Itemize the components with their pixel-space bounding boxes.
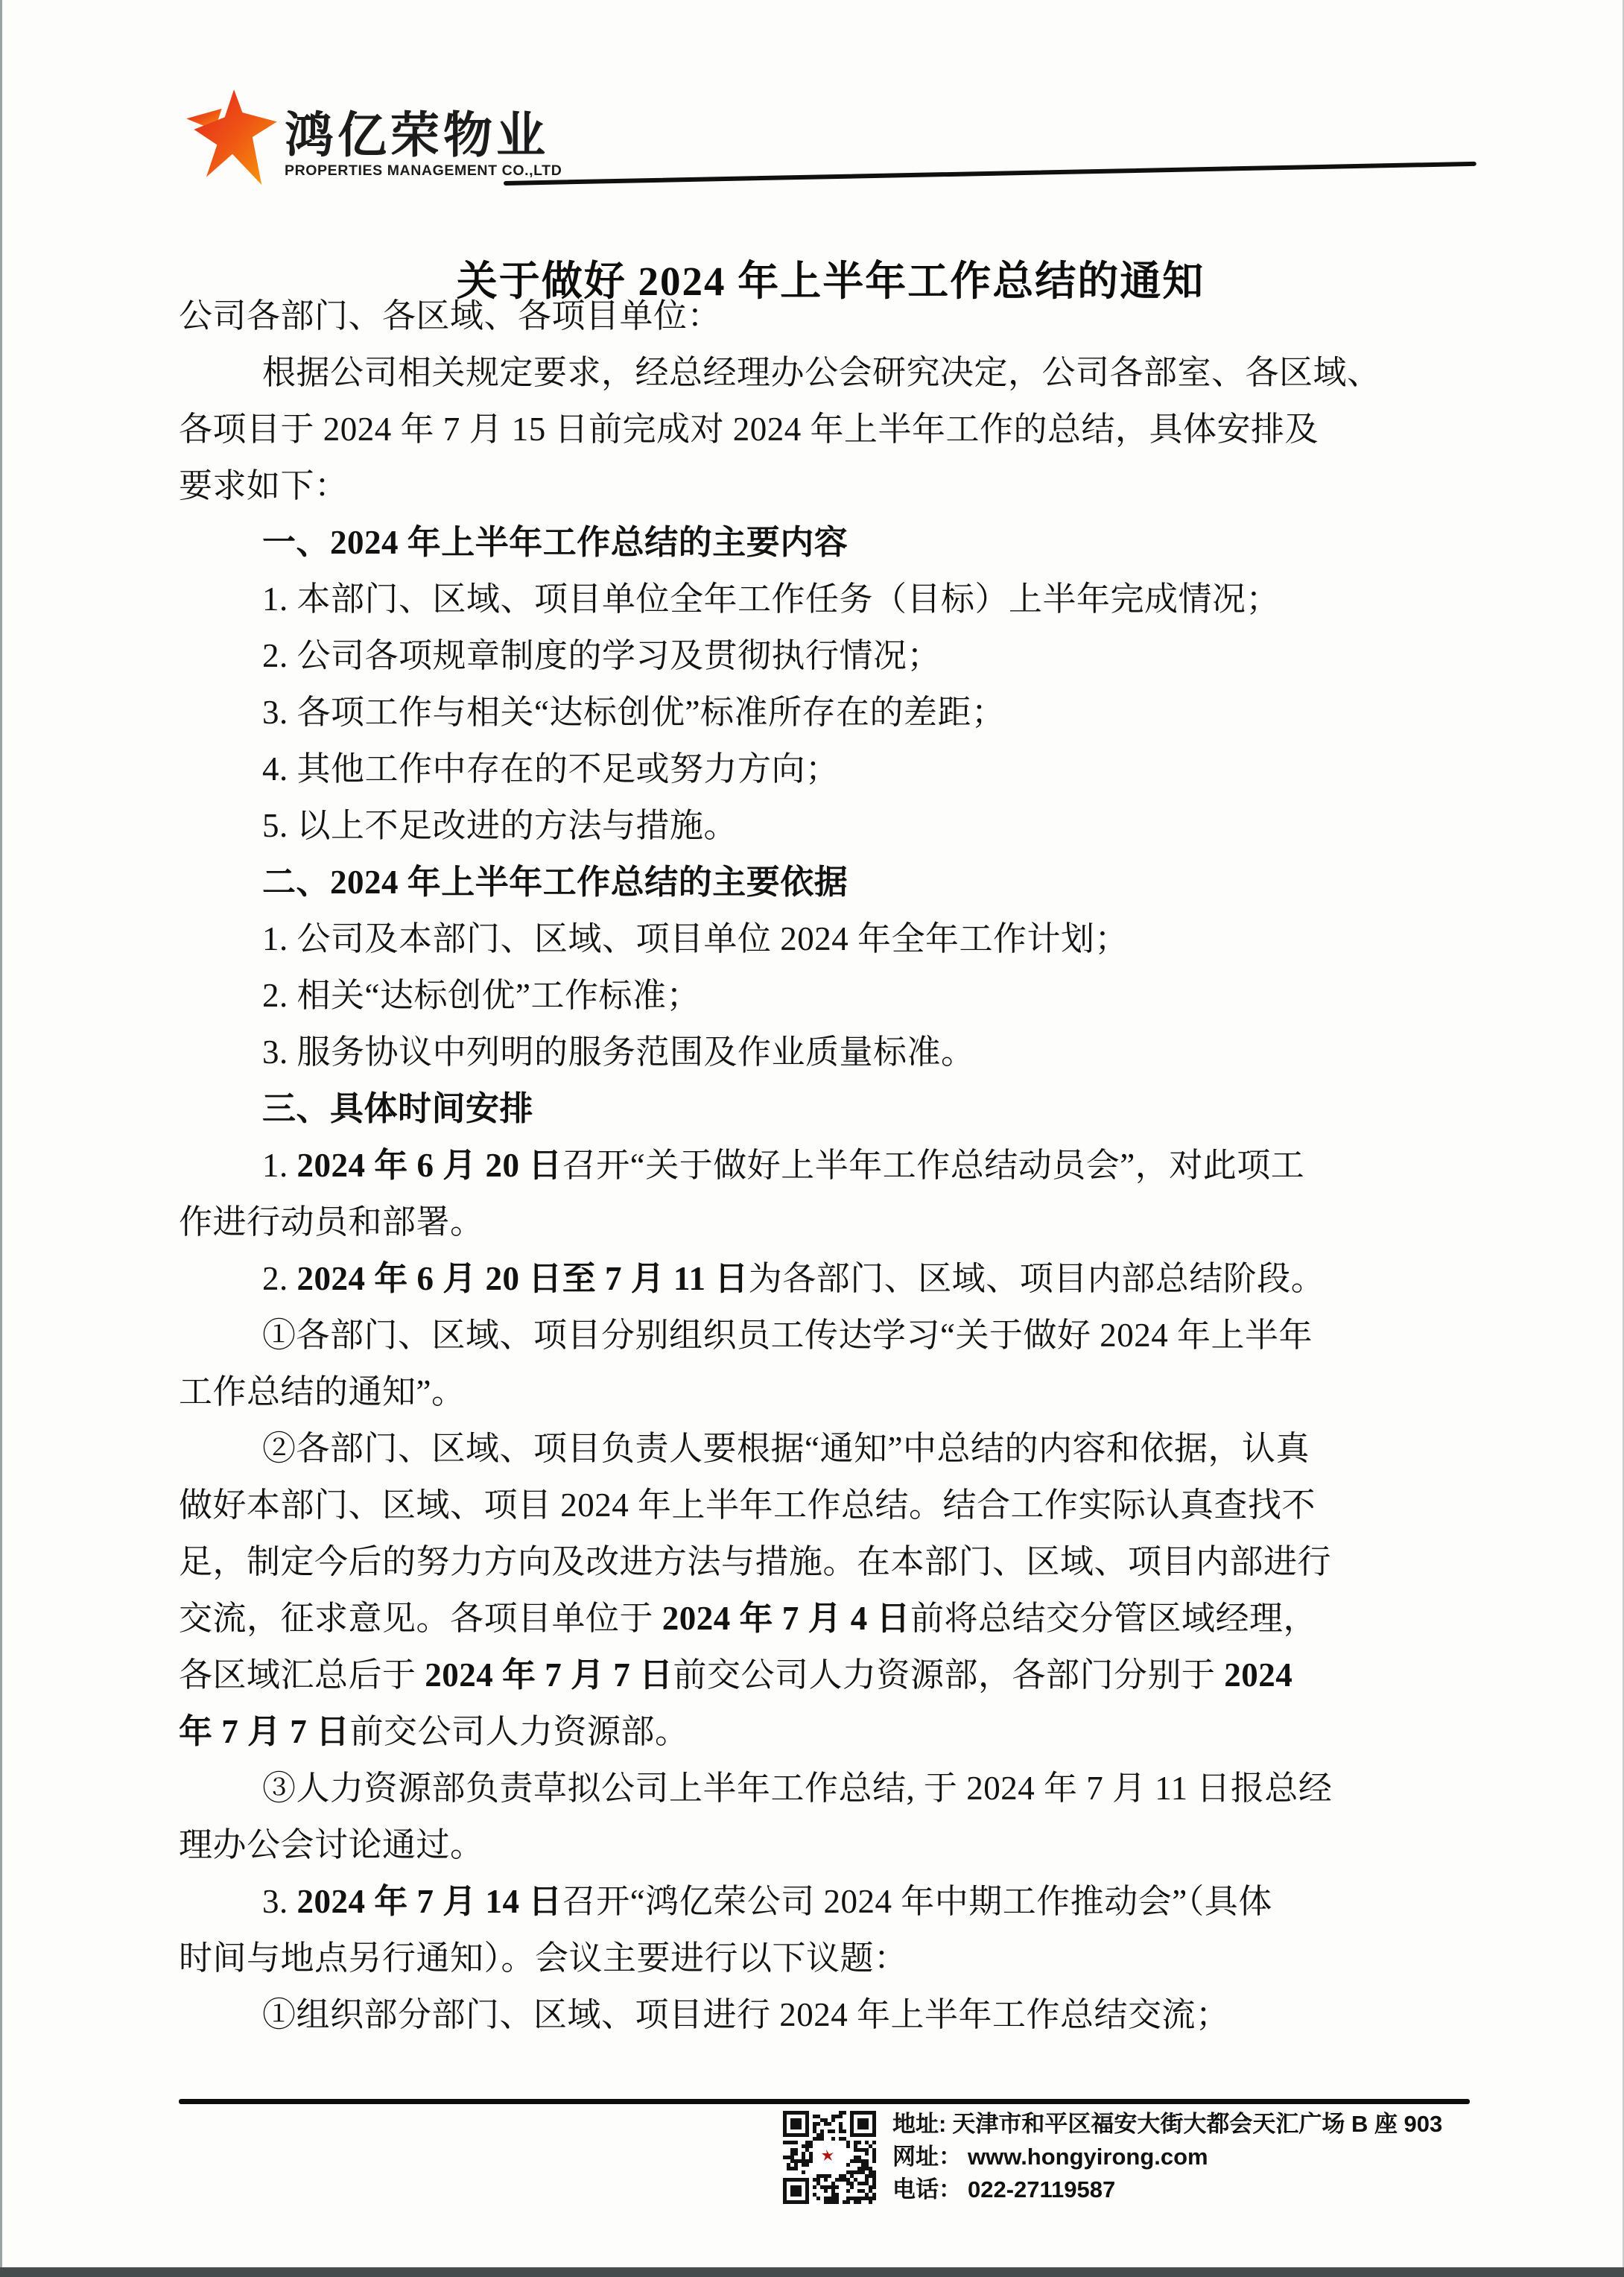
line-segment: 前交公司人力资源部。 [350, 1713, 689, 1750]
body-line: 3. 服务协议中列明的服务范围及作业质量标准。 [179, 1024, 1490, 1080]
line-segment: 公司各部门、各区域、各项目单位： [179, 297, 721, 335]
scan-edge-left [0, 0, 2, 2277]
body-line: 3. 2024 年 7 月 14 日召开“鸿亿荣公司 2024 年中期工作推动会… [179, 1873, 1490, 1930]
body-line: 做好本部门、区域、项目 2024 年上半年工作总结。结合工作实际认真查找不 [179, 1477, 1490, 1533]
line-segment: 2024 年 7 月 14 日 [297, 1883, 562, 1920]
line-segment: 二、2024 年上半年工作总结的主要依据 [262, 864, 848, 901]
company-name-block: 鸿亿荣物业 PROPERTIES MANAGEMENT CO.,LTD [285, 88, 562, 179]
contact-rows: 地址:天津市和平区福安大街大都会天汇广场 B 座 903网址：www.hongy… [892, 2108, 1442, 2206]
body-line: 2. 公司各项规章制度的学习及贯彻执行情况； [179, 627, 1490, 684]
document-body: 公司各部门、各区域、各项目单位：根据公司相关规定要求，经总经理办公会研究决定，公… [179, 288, 1490, 2043]
line-segment: 3. 各项工作与相关“达标创优”标准所存在的差距； [262, 694, 1005, 731]
body-line: ②各部门、区域、项目负责人要根据“通知”中总结的内容和依据，认真 [179, 1420, 1490, 1477]
body-line: 2. 相关“达标创优”工作标准； [179, 967, 1490, 1024]
star-logo-icon [186, 88, 279, 186]
footer-rule [179, 2099, 1470, 2104]
line-segment: 作进行动员和部署。 [179, 1203, 484, 1241]
contact-label: 地址: [892, 2111, 946, 2137]
line-segment: 各区域汇总后于 [179, 1656, 425, 1694]
contact-value: www.hongyirong.com [968, 2144, 1208, 2170]
body-line: 足，制定今后的努力方向及改进方法与措施。在本部门、区域、项目内部进行 [179, 1533, 1490, 1590]
line-segment: 1. 本部门、区域、项目单位全年工作任务（目标）上半年完成情况； [262, 580, 1280, 618]
line-segment: 召开“关于做好上半年工作总结动员会”，对此项工 [562, 1147, 1304, 1184]
line-segment: 时间与地点另行通知）。会议主要进行以下议题： [179, 1939, 908, 1977]
body-line: 1. 2024 年 6 月 20 日召开“关于做好上半年工作总结动员会”，对此项… [179, 1137, 1490, 1194]
line-segment: 3. 服务协议中列明的服务范围及作业质量标准。 [262, 1033, 975, 1071]
contact-label: 网址： [892, 2144, 962, 2170]
line-segment: 前将总结交分管区域经理， [910, 1600, 1317, 1637]
body-line: 根据公司相关规定要求，经总经理办公会研究决定，公司各部室、各区域、 [179, 344, 1490, 401]
contact-label: 电话： [892, 2176, 962, 2202]
line-segment: 3. [262, 1883, 297, 1920]
line-segment: ③人力资源部负责草拟公司上半年工作总结, 于 2024 年 7 月 11 日报总… [262, 1770, 1332, 1807]
line-segment: ①组织部分部门、区域、项目进行 2024 年上半年工作总结交流； [262, 1996, 1230, 2033]
body-line: 3. 各项工作与相关“达标创优”标准所存在的差距； [179, 684, 1490, 741]
line-segment: 1. [262, 1147, 297, 1184]
body-line: 1. 公司及本部门、区域、项目单位 2024 年全年工作计划； [179, 911, 1490, 967]
line-segment: 为各部门、区域、项目内部总结阶段。 [749, 1260, 1325, 1297]
contact-value: 天津市和平区福安大街大都会天汇广场 B 座 903 [952, 2111, 1442, 2137]
body-line: 要求如下： [179, 457, 1490, 514]
scan-edge-bottom [0, 2267, 1624, 2277]
body-line: 年 7 月 7 日前交公司人力资源部。 [179, 1703, 1490, 1760]
line-segment: 1. 公司及本部门、区域、项目单位 2024 年全年工作计划； [262, 920, 1129, 957]
body-line: 理办公会讨论通过。 [179, 1817, 1490, 1873]
line-segment: 要求如下： [179, 467, 349, 504]
document-page: 鸿亿荣物业 PROPERTIES MANAGEMENT CO.,LTD 关于做好… [0, 0, 1624, 2277]
body-line: 作进行动员和部署。 [179, 1194, 1490, 1250]
header-rule [504, 162, 1476, 186]
line-segment: 召开“鸿亿荣公司 2024 年中期工作推动会”（具体 [562, 1883, 1272, 1920]
line-segment: ①各部门、区域、项目分别组织员工传达学习“关于做好 2024 年上半年 [262, 1317, 1313, 1354]
contact-row: 地址:天津市和平区福安大街大都会天汇广场 B 座 903 [892, 2108, 1442, 2141]
line-segment: 做好本部门、区域、项目 2024 年上半年工作总结。结合工作实际认真查找不 [179, 1486, 1316, 1524]
company-logo: 鸿亿荣物业 PROPERTIES MANAGEMENT CO.,LTD [186, 88, 562, 186]
company-name-cn: 鸿亿荣物业 [285, 110, 562, 159]
body-line: 2. 2024 年 6 月 20 日至 7 月 11 日为各部门、区域、项目内部… [179, 1250, 1490, 1307]
line-segment: 4. 其他工作中存在的不足或努力方向； [262, 750, 840, 788]
body-line: 各区域汇总后于 2024 年 7 月 7 日前交公司人力资源部，各部门分别于 2… [179, 1647, 1490, 1703]
body-line: 一、2024 年上半年工作总结的主要内容 [179, 514, 1490, 571]
contact-row: 电话：022-27119587 [892, 2173, 1442, 2206]
line-segment: 2. 相关“达标创优”工作标准； [262, 977, 700, 1014]
body-line: 4. 其他工作中存在的不足或努力方向； [179, 741, 1490, 797]
line-segment: 交流，征求意见。各项目单位于 [179, 1600, 662, 1637]
body-line: 1. 本部门、区域、项目单位全年工作任务（目标）上半年完成情况； [179, 571, 1490, 627]
line-segment: ②各部门、区域、项目负责人要根据“通知”中总结的内容和依据，认真 [262, 1430, 1310, 1467]
line-segment: 理办公会讨论通过。 [179, 1826, 484, 1863]
contact-row: 网址：www.hongyirong.com [892, 2141, 1442, 2173]
contact-value: 022-27119587 [968, 2176, 1115, 2202]
line-segment: 2. 公司各项规章制度的学习及贯彻执行情况； [262, 637, 941, 674]
company-name-en: PROPERTIES MANAGEMENT CO.,LTD [285, 162, 562, 179]
line-segment: 2024 年 7 月 7 日 [425, 1656, 673, 1694]
body-line: 各项目于 2024 年 7 月 15 日前完成对 2024 年上半年工作的总结，… [179, 401, 1490, 457]
line-segment: 足，制定今后的努力方向及改进方法与措施。在本部门、区域、项目内部进行 [179, 1543, 1331, 1580]
line-segment: 5. 以上不足改进的方法与措施。 [262, 807, 738, 844]
body-line: 时间与地点另行通知）。会议主要进行以下议题： [179, 1930, 1490, 1986]
body-line: ③人力资源部负责草拟公司上半年工作总结, 于 2024 年 7 月 11 日报总… [179, 1760, 1490, 1817]
line-segment: 2024 [1224, 1656, 1292, 1694]
body-line: 5. 以上不足改进的方法与措施。 [179, 797, 1490, 854]
body-line: 交流，征求意见。各项目单位于 2024 年 7 月 4 日前将总结交分管区域经理… [179, 1590, 1490, 1647]
body-line: ①各部门、区域、项目分别组织员工传达学习“关于做好 2024 年上半年 [179, 1307, 1490, 1364]
body-line: 二、2024 年上半年工作总结的主要依据 [179, 854, 1490, 911]
body-line: 三、具体时间安排 [179, 1080, 1490, 1137]
line-segment: 工作总结的通知”。 [179, 1373, 465, 1410]
line-segment: 2024 年 6 月 20 日至 7 月 11 日 [297, 1260, 749, 1297]
line-segment: 三、具体时间安排 [262, 1090, 533, 1127]
letterhead: 鸿亿荣物业 PROPERTIES MANAGEMENT CO.,LTD [0, 0, 1624, 201]
line-segment: 各项目于 2024 年 7 月 15 日前完成对 2024 年上半年工作的总结，… [179, 411, 1319, 448]
line-segment: 2. [262, 1260, 297, 1297]
body-line: ①组织部分部门、区域、项目进行 2024 年上半年工作总结交流； [179, 1986, 1490, 2043]
line-segment: 根据公司相关规定要求，经总经理办公会研究决定，公司各部室、各区域、 [262, 354, 1381, 391]
line-segment: 年 7 月 7 日 [179, 1713, 350, 1750]
body-line: 公司各部门、各区域、各项目单位： [179, 288, 1490, 344]
body-line: 工作总结的通知”。 [179, 1364, 1490, 1420]
line-segment: 2024 年 6 月 20 日 [297, 1147, 562, 1184]
qr-code-image [782, 2111, 877, 2204]
line-segment: 一、2024 年上半年工作总结的主要内容 [262, 524, 848, 561]
line-segment: 前交公司人力资源部，各部门分别于 [673, 1656, 1225, 1694]
line-segment: 2024 年 7 月 4 日 [662, 1600, 910, 1637]
